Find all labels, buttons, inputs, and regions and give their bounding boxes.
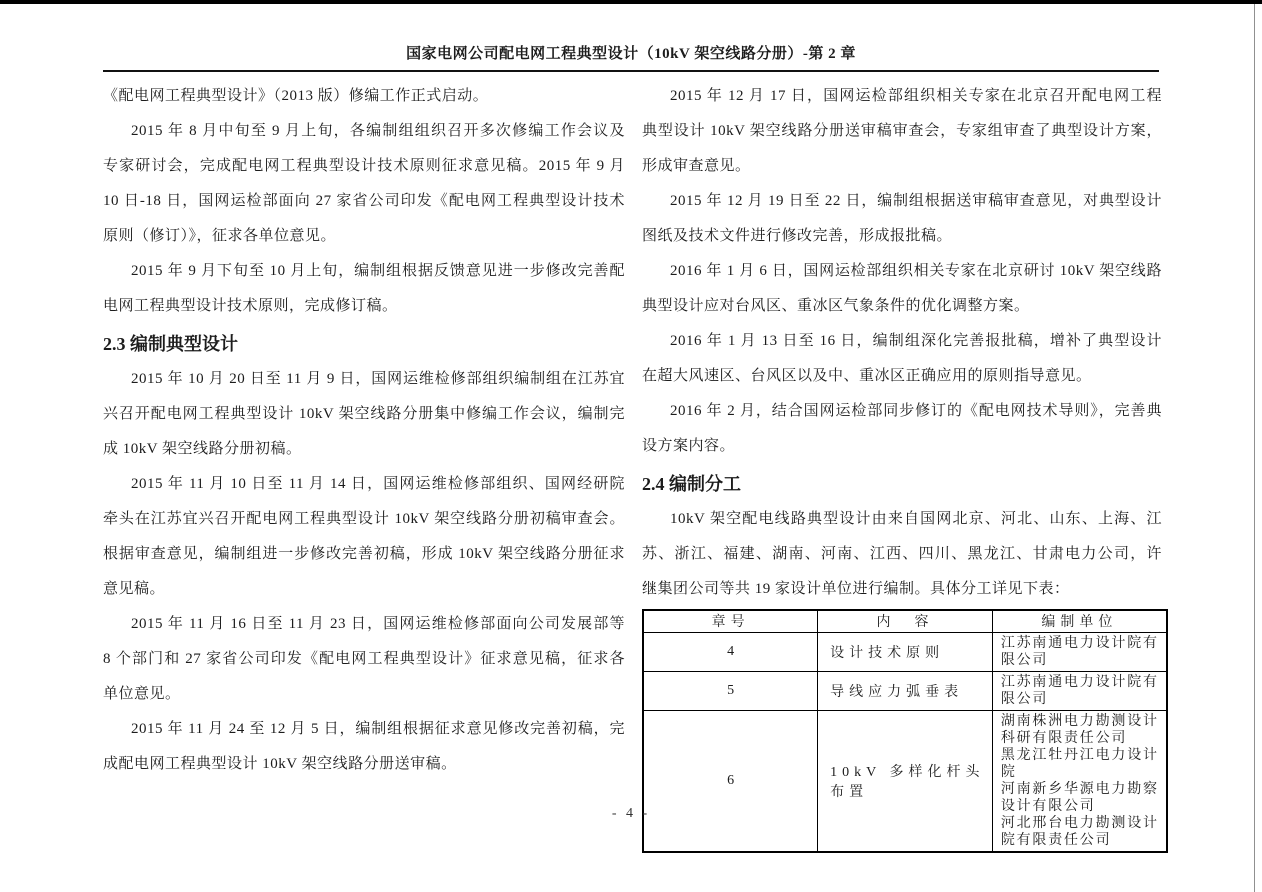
running-header-title: 国家电网公司配电网工程典型设计（10kV 架空线路分册）-第 2 章 — [406, 46, 856, 62]
body-text-line: 专家研讨会，完成配电网工程典型设计技术原则征求意见稿。2015 年 9 月 — [103, 149, 625, 184]
table-column-header: 内 容 — [818, 610, 993, 632]
chapter-number-cell: 4 — [643, 632, 818, 671]
content-cell: 10kV 多样化杆头布置 — [818, 710, 993, 852]
chapter-number-cell: 6 — [643, 710, 818, 852]
body-text-line: 《配电网工程典型设计》（2013 版）修编工作正式启动。 — [103, 79, 625, 114]
body-text-line: 意见稿。 — [103, 572, 625, 607]
unit-name: 江苏南通电力设计院有限公司 — [1001, 635, 1162, 669]
section-heading: 2.3 编制典型设计 — [103, 324, 625, 362]
body-text-line: 2015 年 12 月 17 日，国网运检部组织相关专家在北京召开配电网工程 — [642, 79, 1162, 114]
page-edge-line — [1254, 4, 1255, 892]
body-text-line: 2016 年 1 月 6 日，国网运检部组织相关专家在北京研讨 10kV 架空线… — [642, 254, 1162, 289]
body-text-line: 成配电网工程典型设计 10kV 架空线路分册送审稿。 — [103, 747, 625, 782]
body-text-line: 继集团公司等共 19 家设计单位进行编制。具体分工详见下表： — [642, 572, 1162, 607]
unit-name: 湖南株洲电力勘测设计科研有限责任公司 — [1001, 713, 1162, 747]
body-text-line: 在超大风速区、台风区以及中、重冰区正确应用的原则指导意见。 — [642, 359, 1162, 394]
body-text-line: 设方案内容。 — [642, 429, 1162, 464]
body-text-line: 2015 年 8 月中旬至 9 月上旬，各编制组组织召开多次修编工作会议及 — [103, 114, 625, 149]
body-text-line: 兴召开配电网工程典型设计 10kV 架空线路分册集中修编工作会议，编制完 — [103, 397, 625, 432]
body-text-line: 10kV 架空配电线路典型设计由来自国网北京、河北、山东、上海、江 — [642, 502, 1162, 537]
unit-cell: 湖南株洲电力勘测设计科研有限责任公司黑龙江牡丹江电力设计院河南新乡华源电力勘察设… — [992, 710, 1167, 852]
right-text-column: 2015 年 12 月 17 日，国网运检部组织相关专家在北京召开配电网工程典型… — [642, 79, 1162, 607]
running-header: 国家电网公司配电网工程典型设计（10kV 架空线路分册）-第 2 章 — [103, 42, 1159, 72]
body-text-line: 8 个部门和 27 家省公司印发《配电网工程典型设计》征求意见稿，征求各 — [103, 642, 625, 677]
body-text-line: 典型设计应对台风区、重冰区气象条件的优化调整方案。 — [642, 289, 1162, 324]
table-column-header: 编制单位 — [992, 610, 1167, 632]
document-page: 国家电网公司配电网工程典型设计（10kV 架空线路分册）-第 2 章 《配电网工… — [0, 0, 1262, 892]
body-text-line: 成 10kV 架空线路分册初稿。 — [103, 432, 625, 467]
body-text-line: 电网工程典型设计技术原则，完成修订稿。 — [103, 289, 625, 324]
body-text-line: 2015 年 9 月下旬至 10 月上旬，编制组根据反馈意见进一步修改完善配 — [103, 254, 625, 289]
unit-cell: 江苏南通电力设计院有限公司 — [992, 671, 1167, 710]
body-text-line: 2016 年 2 月，结合国网运检部同步修订的《配电网技术导则》，完善典 — [642, 394, 1162, 429]
unit-name: 黑龙江牡丹江电力设计院 — [1001, 747, 1162, 781]
table-row: 4设计技术原则江苏南通电力设计院有限公司 — [643, 632, 1167, 671]
body-text-line: 10 日-18 日，国网运检部面向 27 家省公司印发《配电网工程典型设计技术 — [103, 184, 625, 219]
page-number: - 4 - — [103, 806, 1159, 822]
left-text-column: 《配电网工程典型设计》（2013 版）修编工作正式启动。2015 年 8 月中旬… — [103, 79, 625, 782]
body-text-line: 典型设计 10kV 架空线路分册送审稿审查会，专家组审查了典型设计方案， — [642, 114, 1162, 149]
body-text-line: 2015 年 11 月 16 日至 11 月 23 日，国网运维检修部面向公司发… — [103, 607, 625, 642]
page-top-rule — [0, 0, 1262, 4]
body-text-line: 原则（修订）》，征求各单位意见。 — [103, 219, 625, 254]
chapter-number-cell: 5 — [643, 671, 818, 710]
section-heading: 2.4 编制分工 — [642, 464, 1162, 502]
body-text-line: 2015 年 12 月 19 日至 22 日，编制组根据送审稿审查意见，对典型设… — [642, 184, 1162, 219]
body-text-line: 2015 年 10 月 20 日至 11 月 9 日，国网运维检修部组织编制组在… — [103, 362, 625, 397]
body-text-line: 根据审查意见，编制组进一步修改完善初稿，形成 10kV 架空线路分册征求 — [103, 537, 625, 572]
body-text-line: 2015 年 11 月 10 日至 11 月 14 日，国网运维检修部组织、国网… — [103, 467, 625, 502]
content-cell: 设计技术原则 — [818, 632, 993, 671]
body-text-line: 2016 年 1 月 13 日至 16 日，编制组深化完善报批稿，增补了典型设计 — [642, 324, 1162, 359]
body-text-line: 苏、浙江、福建、湖南、河南、江西、四川、黑龙江、甘肃电力公司，许 — [642, 537, 1162, 572]
body-text-line: 图纸及技术文件进行修改完善，形成报批稿。 — [642, 219, 1162, 254]
body-text-line: 单位意见。 — [103, 677, 625, 712]
body-text-line: 牵头在江苏宜兴召开配电网工程典型设计 10kV 架空线路分册初稿审查会。 — [103, 502, 625, 537]
unit-name: 江苏南通电力设计院有限公司 — [1001, 674, 1162, 708]
body-text-line: 2015 年 11 月 24 至 12 月 5 日，编制组根据征求意见修改完善初… — [103, 712, 625, 747]
content-cell: 导线应力弧垂表 — [818, 671, 993, 710]
table-column-header: 章号 — [643, 610, 818, 632]
table-header-row: 章号内 容编制单位 — [643, 610, 1167, 632]
unit-cell: 江苏南通电力设计院有限公司 — [992, 632, 1167, 671]
body-text-line: 形成审查意见。 — [642, 149, 1162, 184]
table-row: 610kV 多样化杆头布置湖南株洲电力勘测设计科研有限责任公司黑龙江牡丹江电力设… — [643, 710, 1167, 852]
table-row: 5导线应力弧垂表江苏南通电力设计院有限公司 — [643, 671, 1167, 710]
